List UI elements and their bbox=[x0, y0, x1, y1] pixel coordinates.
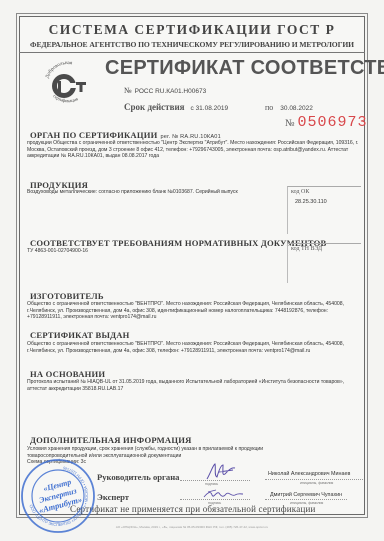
certification-body-stamp-icon: ООО «ЦЕНТР ЭКСПЕРТИЗ «АТРИБУТ» • МОСКВА … bbox=[20, 458, 96, 534]
expert-name-line bbox=[265, 499, 347, 500]
serial-label: № bbox=[285, 118, 295, 129]
reg-number-label: № bbox=[124, 86, 132, 95]
compliance-heading: СООТВЕТСТВУЕТ ТРЕБОВАНИЯМ НОРМАТИВНЫХ ДО… bbox=[30, 238, 326, 248]
ok-code-value: 28.25.30.110 bbox=[295, 199, 361, 205]
head-name-line bbox=[265, 479, 363, 480]
certification-system-title: СИСТЕМА СЕРТИФИКАЦИИ ГОСТ Р bbox=[19, 22, 365, 38]
product-text: Воздуховоды металлические: согласно прил… bbox=[27, 189, 282, 196]
reg-number-value: РОСС RU.КА01.Н00673 bbox=[135, 88, 207, 95]
manufacturer-heading: ИЗГОТОВИТЕЛЬ bbox=[30, 291, 104, 301]
certification-body-heading: ОРГАН ПО СЕРТИФИКАЦИИрег. № RA.RU.10КА01 bbox=[30, 130, 221, 140]
tn-ved-code-box: код ТН ВЭД bbox=[287, 243, 361, 283]
printer-info: АО «ОПЦИОН», Москва, 2019 г., «Б», лицен… bbox=[0, 525, 384, 529]
header-divider bbox=[19, 52, 365, 53]
issued-to-text: Общество с ограниченной ответственностью… bbox=[27, 341, 359, 354]
additional-info-heading: ДОПОЛНИТЕЛЬНАЯ ИНФОРМАЦИЯ bbox=[30, 435, 192, 445]
manufacturer-text: Общество с ограниченной ответственностью… bbox=[27, 301, 359, 321]
basis-text: Протокола испытаний № HIAQB-UL от 31.05.… bbox=[27, 379, 359, 392]
compliance-text: ТУ 4863-001-02704900-16 bbox=[27, 248, 282, 255]
head-name: Николай Александрович Минаев bbox=[268, 471, 350, 477]
agency-name: ФЕДЕРАЛЬНОЕ АГЕНТСТВО ПО ТЕХНИЧЕСКОМУ РЕ… bbox=[19, 40, 365, 49]
validity-from: Срок действияс 31.08.2019 bbox=[124, 102, 228, 112]
tn-ved-label: код ТН ВЭД bbox=[291, 246, 361, 252]
gost-r-logo-icon: Добровольная сертификация bbox=[42, 58, 94, 108]
voluntary-certification-note: Сертификат не применяется при обязательн… bbox=[70, 504, 316, 514]
valid-to-label: по bbox=[265, 103, 273, 112]
head-of-body-label: Руководитель органа bbox=[97, 472, 179, 482]
certificate-title: СЕРТИФИКАТ СООТВЕТСТВИЯ bbox=[105, 57, 384, 80]
validity-label: Срок действия bbox=[124, 102, 185, 112]
serial-value: 0506973 bbox=[298, 114, 368, 131]
expert-label: Эксперт bbox=[97, 492, 129, 502]
registration-number: №РОСС RU.КА01.Н00673 bbox=[124, 86, 206, 95]
valid-to-value: 30.08.2022 bbox=[280, 105, 313, 112]
issued-to-heading: СЕРТИФИКАТ ВЫДАН bbox=[30, 330, 130, 340]
ok-code-label: код ОК bbox=[291, 189, 361, 195]
head-name-caption: инициалы, фамилия bbox=[300, 481, 333, 485]
certification-body-text: продукции Общества с ограниченной ответс… bbox=[27, 140, 359, 160]
certification-body-title: ОРГАН ПО СЕРТИФИКАЦИИ bbox=[30, 130, 158, 140]
expert-name: Дмитрий Сергеевич Чупахин bbox=[270, 492, 342, 498]
validity-to: по30.08.2022 bbox=[265, 103, 313, 112]
basis-heading: НА ОСНОВАНИИ bbox=[30, 369, 105, 379]
ok-code-box: код ОК 28.25.30.110 bbox=[287, 186, 361, 234]
valid-from-value: с 31.08.2019 bbox=[191, 105, 229, 112]
head-signature-icon bbox=[205, 462, 239, 487]
serial-number: №0506973 bbox=[285, 113, 368, 131]
